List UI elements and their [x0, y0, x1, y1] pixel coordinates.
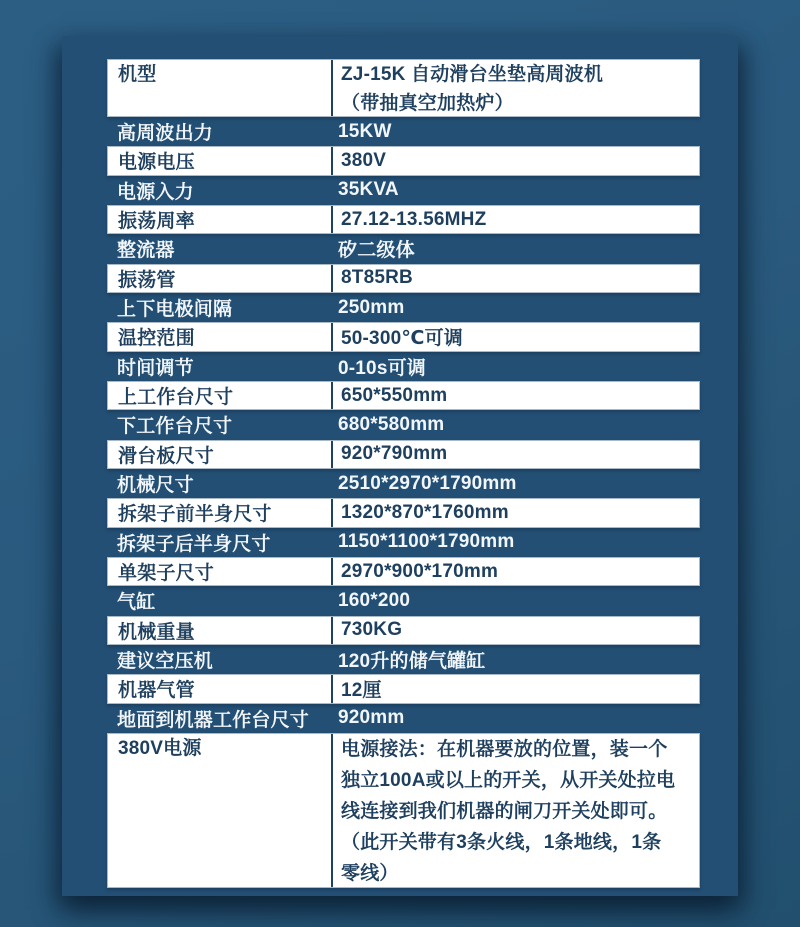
spec-row: 机型ZJ-15K 自动滑台坐垫高周波机（带抽真空加热炉） [107, 59, 700, 117]
spec-row: 单架子尺寸2970*900*170mm [107, 557, 700, 586]
spec-row: 下工作台尺寸680*580mm [107, 410, 700, 439]
spec-label: 温控范围 [108, 323, 331, 350]
spec-row: 气缸160*200 [107, 586, 700, 615]
spec-value: 8T85RB [331, 265, 699, 292]
spec-label: 地面到机器工作台尺寸 [107, 704, 330, 733]
spec-row: 上工作台尺寸650*550mm [107, 381, 700, 410]
spec-panel: 机型ZJ-15K 自动滑台坐垫高周波机（带抽真空加热炉）高周波出力15KW电源电… [62, 36, 738, 896]
spec-label: 整流器 [107, 234, 330, 263]
spec-label: 拆架子前半身尺寸 [108, 499, 331, 526]
spec-value: 1150*1100*1790mm [330, 528, 700, 557]
spec-row: 建议空压机120升的储气罐缸 [107, 645, 700, 674]
spec-label: 电源电压 [108, 147, 331, 174]
spec-value: 250mm [330, 293, 700, 322]
spec-value: 电源接法：在机器要放的位置，装一个独立100A或以上的开关，从开关处拉电线连接到… [331, 734, 699, 887]
spec-row: 380V电源电源接法：在机器要放的位置，装一个独立100A或以上的开关，从开关处… [107, 733, 700, 888]
spec-value: ZJ-15K 自动滑台坐垫高周波机（带抽真空加热炉） [331, 60, 699, 116]
spec-row: 振荡周率27.12-13.56MHZ [107, 205, 700, 234]
spec-label: 高周波出力 [107, 117, 330, 146]
spec-value: 27.12-13.56MHZ [331, 206, 699, 233]
spec-value: 920*790mm [331, 441, 699, 468]
spec-value-line: ZJ-15K 自动滑台坐垫高周波机 [341, 60, 693, 89]
spec-value: 680*580mm [330, 410, 700, 439]
spec-row: 滑台板尺寸920*790mm [107, 440, 700, 469]
spec-row: 地面到机器工作台尺寸920mm [107, 704, 700, 733]
spec-label: 单架子尺寸 [108, 558, 331, 585]
spec-value: 380V [331, 147, 699, 174]
page: { "theme": { "outer_bg": "#2a5a7e", "out… [0, 0, 800, 927]
spec-label: 时间调节 [107, 352, 330, 381]
spec-label: 机械尺寸 [107, 469, 330, 498]
spec-value: 120升的储气罐缸 [330, 645, 700, 674]
spec-value: 35KVA [330, 176, 700, 205]
spec-label: 机器气管 [108, 675, 331, 702]
spec-value: 2970*900*170mm [331, 558, 699, 585]
spec-value-line: 电源接法：在机器要放的位置，装一个 [341, 734, 693, 765]
spec-row: 拆架子后半身尺寸1150*1100*1790mm [107, 528, 700, 557]
spec-value: 矽二级体 [330, 234, 700, 263]
spec-value: 12厘 [331, 675, 699, 702]
spec-row: 温控范围50-300℃可调 [107, 322, 700, 351]
spec-value: 2510*2970*1790mm [330, 469, 700, 498]
spec-label: 振荡周率 [108, 206, 331, 233]
spec-value: 730KG [331, 617, 699, 644]
spec-row: 机械重量730KG [107, 616, 700, 645]
spec-label: 电源入力 [107, 176, 330, 205]
spec-row: 拆架子前半身尺寸1320*870*1760mm [107, 498, 700, 527]
spec-value: 1320*870*1760mm [331, 499, 699, 526]
spec-value: 160*200 [330, 586, 700, 615]
spec-value: 920mm [330, 704, 700, 733]
spec-row: 上下电极间隔250mm [107, 293, 700, 322]
spec-label: 建议空压机 [107, 645, 330, 674]
spec-value: 50-300℃可调 [331, 323, 699, 350]
spec-value: 650*550mm [331, 382, 699, 409]
spec-row: 高周波出力15KW [107, 117, 700, 146]
spec-value-line: 零线） [341, 858, 693, 887]
spec-value: 15KW [330, 117, 700, 146]
spec-row: 电源入力35KVA [107, 176, 700, 205]
spec-label: 振荡管 [108, 265, 331, 292]
spec-value: 0-10s可调 [330, 352, 700, 381]
spec-value-line: 独立100A或以上的开关，从开关处拉电 [341, 765, 693, 796]
spec-label: 上下电极间隔 [107, 293, 330, 322]
spec-row: 时间调节0-10s可调 [107, 352, 700, 381]
spec-value-line: （此开关带有3条火线，1条地线，1条 [341, 827, 693, 858]
spec-label: 下工作台尺寸 [107, 410, 330, 439]
spec-label: 拆架子后半身尺寸 [107, 528, 330, 557]
spec-row: 整流器矽二级体 [107, 234, 700, 263]
spec-value-line: 线连接到我们机器的闸刀开关处即可。 [341, 796, 693, 827]
spec-row: 电源电压380V [107, 146, 700, 175]
spec-value-line: （带抽真空加热炉） [341, 89, 693, 116]
spec-label: 上工作台尺寸 [108, 382, 331, 409]
spec-label: 滑台板尺寸 [108, 441, 331, 468]
spec-label: 机型 [108, 60, 331, 116]
spec-row: 机械尺寸2510*2970*1790mm [107, 469, 700, 498]
spec-label: 气缸 [107, 586, 330, 615]
spec-row: 机器气管12厘 [107, 674, 700, 703]
spec-row: 振荡管8T85RB [107, 264, 700, 293]
spec-table: 机型ZJ-15K 自动滑台坐垫高周波机（带抽真空加热炉）高周波出力15KW电源电… [107, 59, 700, 888]
spec-label: 机械重量 [108, 617, 331, 644]
spec-label: 380V电源 [108, 734, 331, 887]
